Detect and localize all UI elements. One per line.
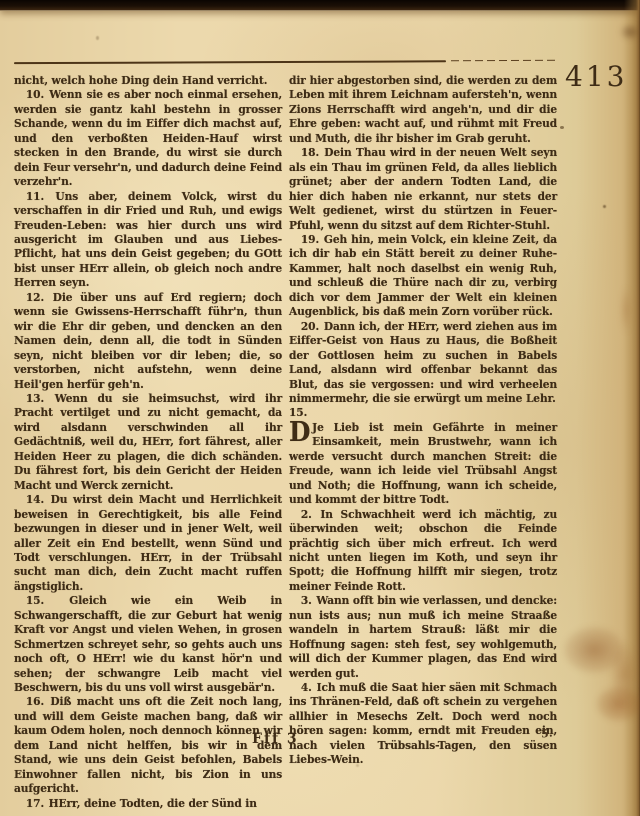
verse-number: 17. [26, 796, 49, 810]
verse-paragraph: 2. In Schwachheit werd ich mächtig, zu ü… [289, 507, 557, 594]
text-column-right: dir hier abgestorben sind, die werden zu… [289, 73, 557, 767]
verse-paragraph: 14. Du wirst dein Macht und Herrlichkeit… [14, 492, 282, 593]
page-right-edge [624, 0, 640, 816]
verse-paragraph: 10. Wenn sie es aber noch einmal ersehen… [14, 87, 282, 188]
verse-paragraph: 12. Die über uns auf Erd regiern; doch w… [14, 290, 282, 391]
ink-speck [603, 205, 606, 208]
verse-paragraph: 17. HErr, deine Todten, die der Sünd in [14, 796, 282, 810]
page-number: 413 [565, 60, 627, 93]
verse-number: 10. [26, 87, 49, 101]
verse-number: 4. [301, 680, 317, 694]
verse-number: 20. [301, 319, 324, 333]
drop-cap-initial: D [289, 420, 312, 447]
verse-paragraph: dir hier abgestorben sind, die werden zu… [289, 73, 557, 145]
signature-mark: Fff 3 [252, 731, 299, 747]
verse-paragraph-dropcap: DJe Lieb ist mein Gefährte in meiner Ein… [289, 420, 557, 507]
verse-number: 11. [26, 189, 56, 203]
verse-paragraph: 13. Wenn du sie heimsuchst, wird ihr Pra… [14, 391, 282, 492]
verse-number: 2. [301, 507, 320, 521]
verse-paragraph: 4. Ich muß die Saat hier säen mit Schmac… [289, 680, 557, 767]
verse-paragraph: 3. Wann offt bin wie verlassen, und denc… [289, 593, 557, 680]
verse-number: 3. [301, 593, 316, 607]
verse-paragraph: 11. Uns aber, deinem Volck, wirst du ver… [14, 189, 282, 290]
book-page-scan: 413 nicht, welch hohe Ding dein Hand ver… [0, 0, 640, 816]
verse-number: 15. [26, 593, 69, 607]
ink-speck [560, 126, 564, 129]
verse-number: 14. [26, 492, 51, 506]
foxing-stain [563, 626, 625, 674]
section-number: 15. [289, 405, 557, 419]
header-rule-solid [14, 60, 446, 64]
verse-paragraph: 16. Diß macht uns oft die Zeit noch lang… [14, 694, 282, 795]
verse-number: 19. [301, 232, 324, 246]
catchword: 5. [540, 726, 553, 740]
ink-speck [96, 36, 99, 40]
book-top-edge-shadow [0, 0, 640, 11]
verse-paragraph: 20. Dann ich, der HErr, werd ziehen aus … [289, 319, 557, 406]
header-rule [14, 59, 559, 65]
verse-number: 16. [26, 694, 50, 708]
verse-number: 12. [26, 290, 53, 304]
verse-paragraph: 18. Dein Thau wird in der neuen Welt sey… [289, 145, 557, 232]
verse-paragraph: nicht, welch hohe Ding dein Hand verrich… [14, 73, 282, 87]
verse-number: 13. [26, 391, 55, 405]
verse-paragraph: 15. Gleich wie ein Weib in Schwangerscha… [14, 593, 282, 694]
text-column-left: nicht, welch hohe Ding dein Hand verrich… [14, 73, 282, 810]
verse-number: 18. [301, 145, 324, 159]
verse-paragraph: 19. Geh hin, mein Volck, ein kleine Zeit… [289, 232, 557, 319]
header-rule-dashed [451, 60, 559, 62]
